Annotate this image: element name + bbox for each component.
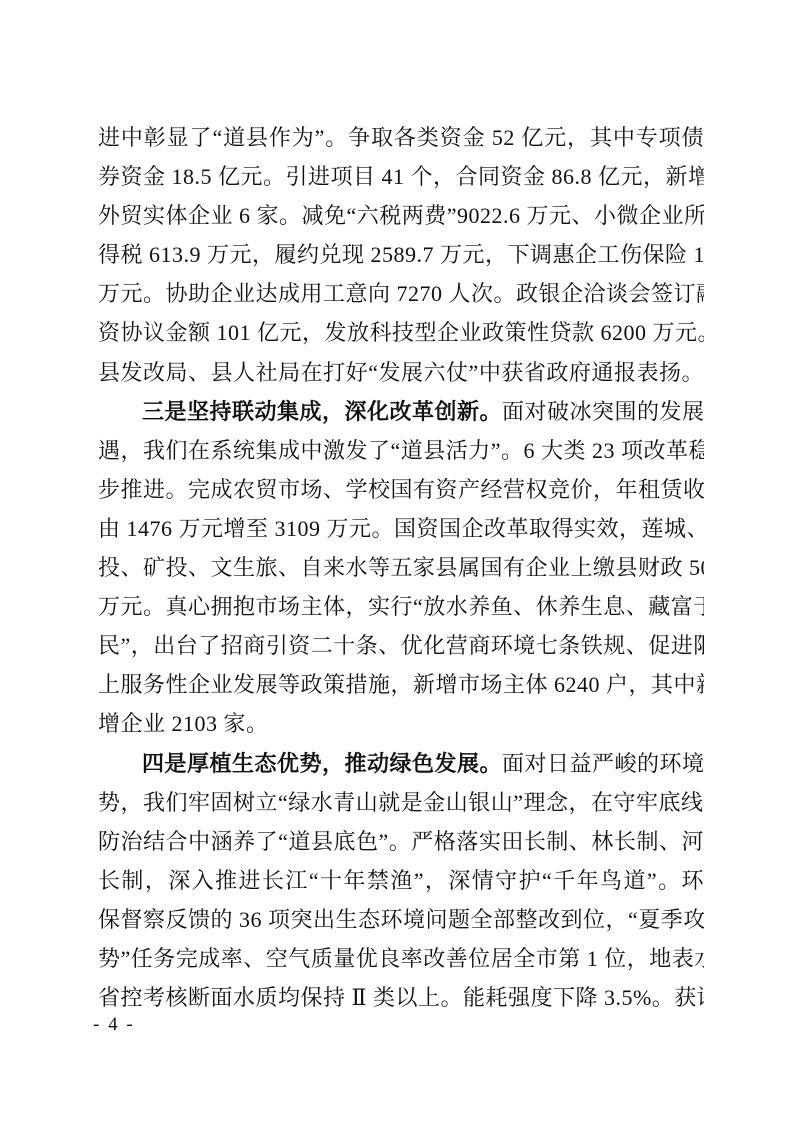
text-line: 增企业 2103 家。: [98, 704, 704, 743]
paragraph: 四是厚植生态优势，推动绿色发展。面对日益严峻的环境形 势，我们牢固树立“绿水青山…: [98, 744, 704, 1018]
paragraph-lead-bold: 四是厚植生态优势，推动绿色发展。: [142, 751, 502, 776]
text-line: 外贸实体企业 6 家。减免“六税两费”9022.6 万元、小微企业所: [98, 196, 704, 235]
text-line: 上服务性企业发展等政策措施，新增市场主体 6240 户，其中新: [98, 665, 704, 704]
paragraph-lead-rest: 面对破冰突围的发展机: [502, 399, 704, 424]
text-line: 投、矿投、文生旅、自来水等五家县属国有企业上缴县财政 5061.4: [98, 548, 704, 587]
document-page: 进中彰显了“道县作为”。争取各类资金 52 亿元，其中专项债 券资金 18.5 …: [0, 0, 793, 1122]
text-line: 遇，我们在系统集成中激发了“道县活力”。6 大类 23 项改革稳: [98, 431, 704, 470]
page-number: - 4 -: [93, 1013, 135, 1037]
paragraph: 进中彰显了“道县作为”。争取各类资金 52 亿元，其中专项债 券资金 18.5 …: [98, 118, 704, 392]
text-line: 万元。真心拥抱市场主体，实行“放水养鱼、休养生息、藏富于: [98, 587, 704, 626]
paragraph: 三是坚持联动集成，深化改革创新。面对破冰突围的发展机 遇，我们在系统集成中激发了…: [98, 392, 704, 744]
text-line: 由 1476 万元增至 3109 万元。国资国企改革取得实效，莲城、国: [98, 509, 704, 548]
text-line: 保督察反馈的 36 项突出生态环境问题全部整改到位，“夏季攻: [98, 900, 704, 939]
document-body: 进中彰显了“道县作为”。争取各类资金 52 亿元，其中专项债 券资金 18.5 …: [98, 118, 704, 1017]
text-line: 三是坚持联动集成，深化改革创新。面对破冰突围的发展机: [98, 392, 704, 431]
text-line: 万元。协助企业达成用工意向 7270 人次。政银企洽谈会签订融: [98, 274, 704, 313]
text-line: 民”，出台了招商引资二十条、优化营商环境七条铁规、促进限: [98, 626, 704, 665]
text-line: 势，我们牢固树立“绿水青山就是金山银山”理念，在守牢底线、: [98, 783, 704, 822]
text-line: 长制，深入推进长江“十年禁渔”，深情守护“千年鸟道”。环: [98, 861, 704, 900]
text-line: 得税 613.9 万元，履约兑现 2589.7 万元，下调惠企工伤保险 1038: [98, 235, 704, 274]
paragraph-lead-rest: 面对日益严峻的环境形: [502, 751, 704, 776]
text-line: 进中彰显了“道县作为”。争取各类资金 52 亿元，其中专项债: [98, 118, 704, 157]
paragraph-lead-bold: 三是坚持联动集成，深化改革创新。: [142, 399, 502, 424]
text-line: 防治结合中涵养了“道县底色”。严格落实田长制、林长制、河: [98, 822, 704, 861]
text-line: 资协议金额 101 亿元，发放科技型企业政策性贷款 6200 万元。: [98, 313, 704, 352]
text-line: 势”任务完成率、空气质量优良率改善位居全市第 1 位，地表水: [98, 939, 704, 978]
text-line: 四是厚植生态优势，推动绿色发展。面对日益严峻的环境形: [98, 744, 704, 783]
text-line: 步推进。完成农贸市场、学校国有资产经营权竞价，年租赁收入: [98, 470, 704, 509]
text-line: 券资金 18.5 亿元。引进项目 41 个，合同资金 86.8 亿元，新增: [98, 157, 704, 196]
text-line: 县发改局、县人社局在打好“发展六仗”中获省政府通报表扬。: [98, 353, 704, 392]
text-line: 省控考核断面水质均保持 Ⅱ 类以上。能耗强度下降 3.5%。获评全: [98, 978, 704, 1017]
